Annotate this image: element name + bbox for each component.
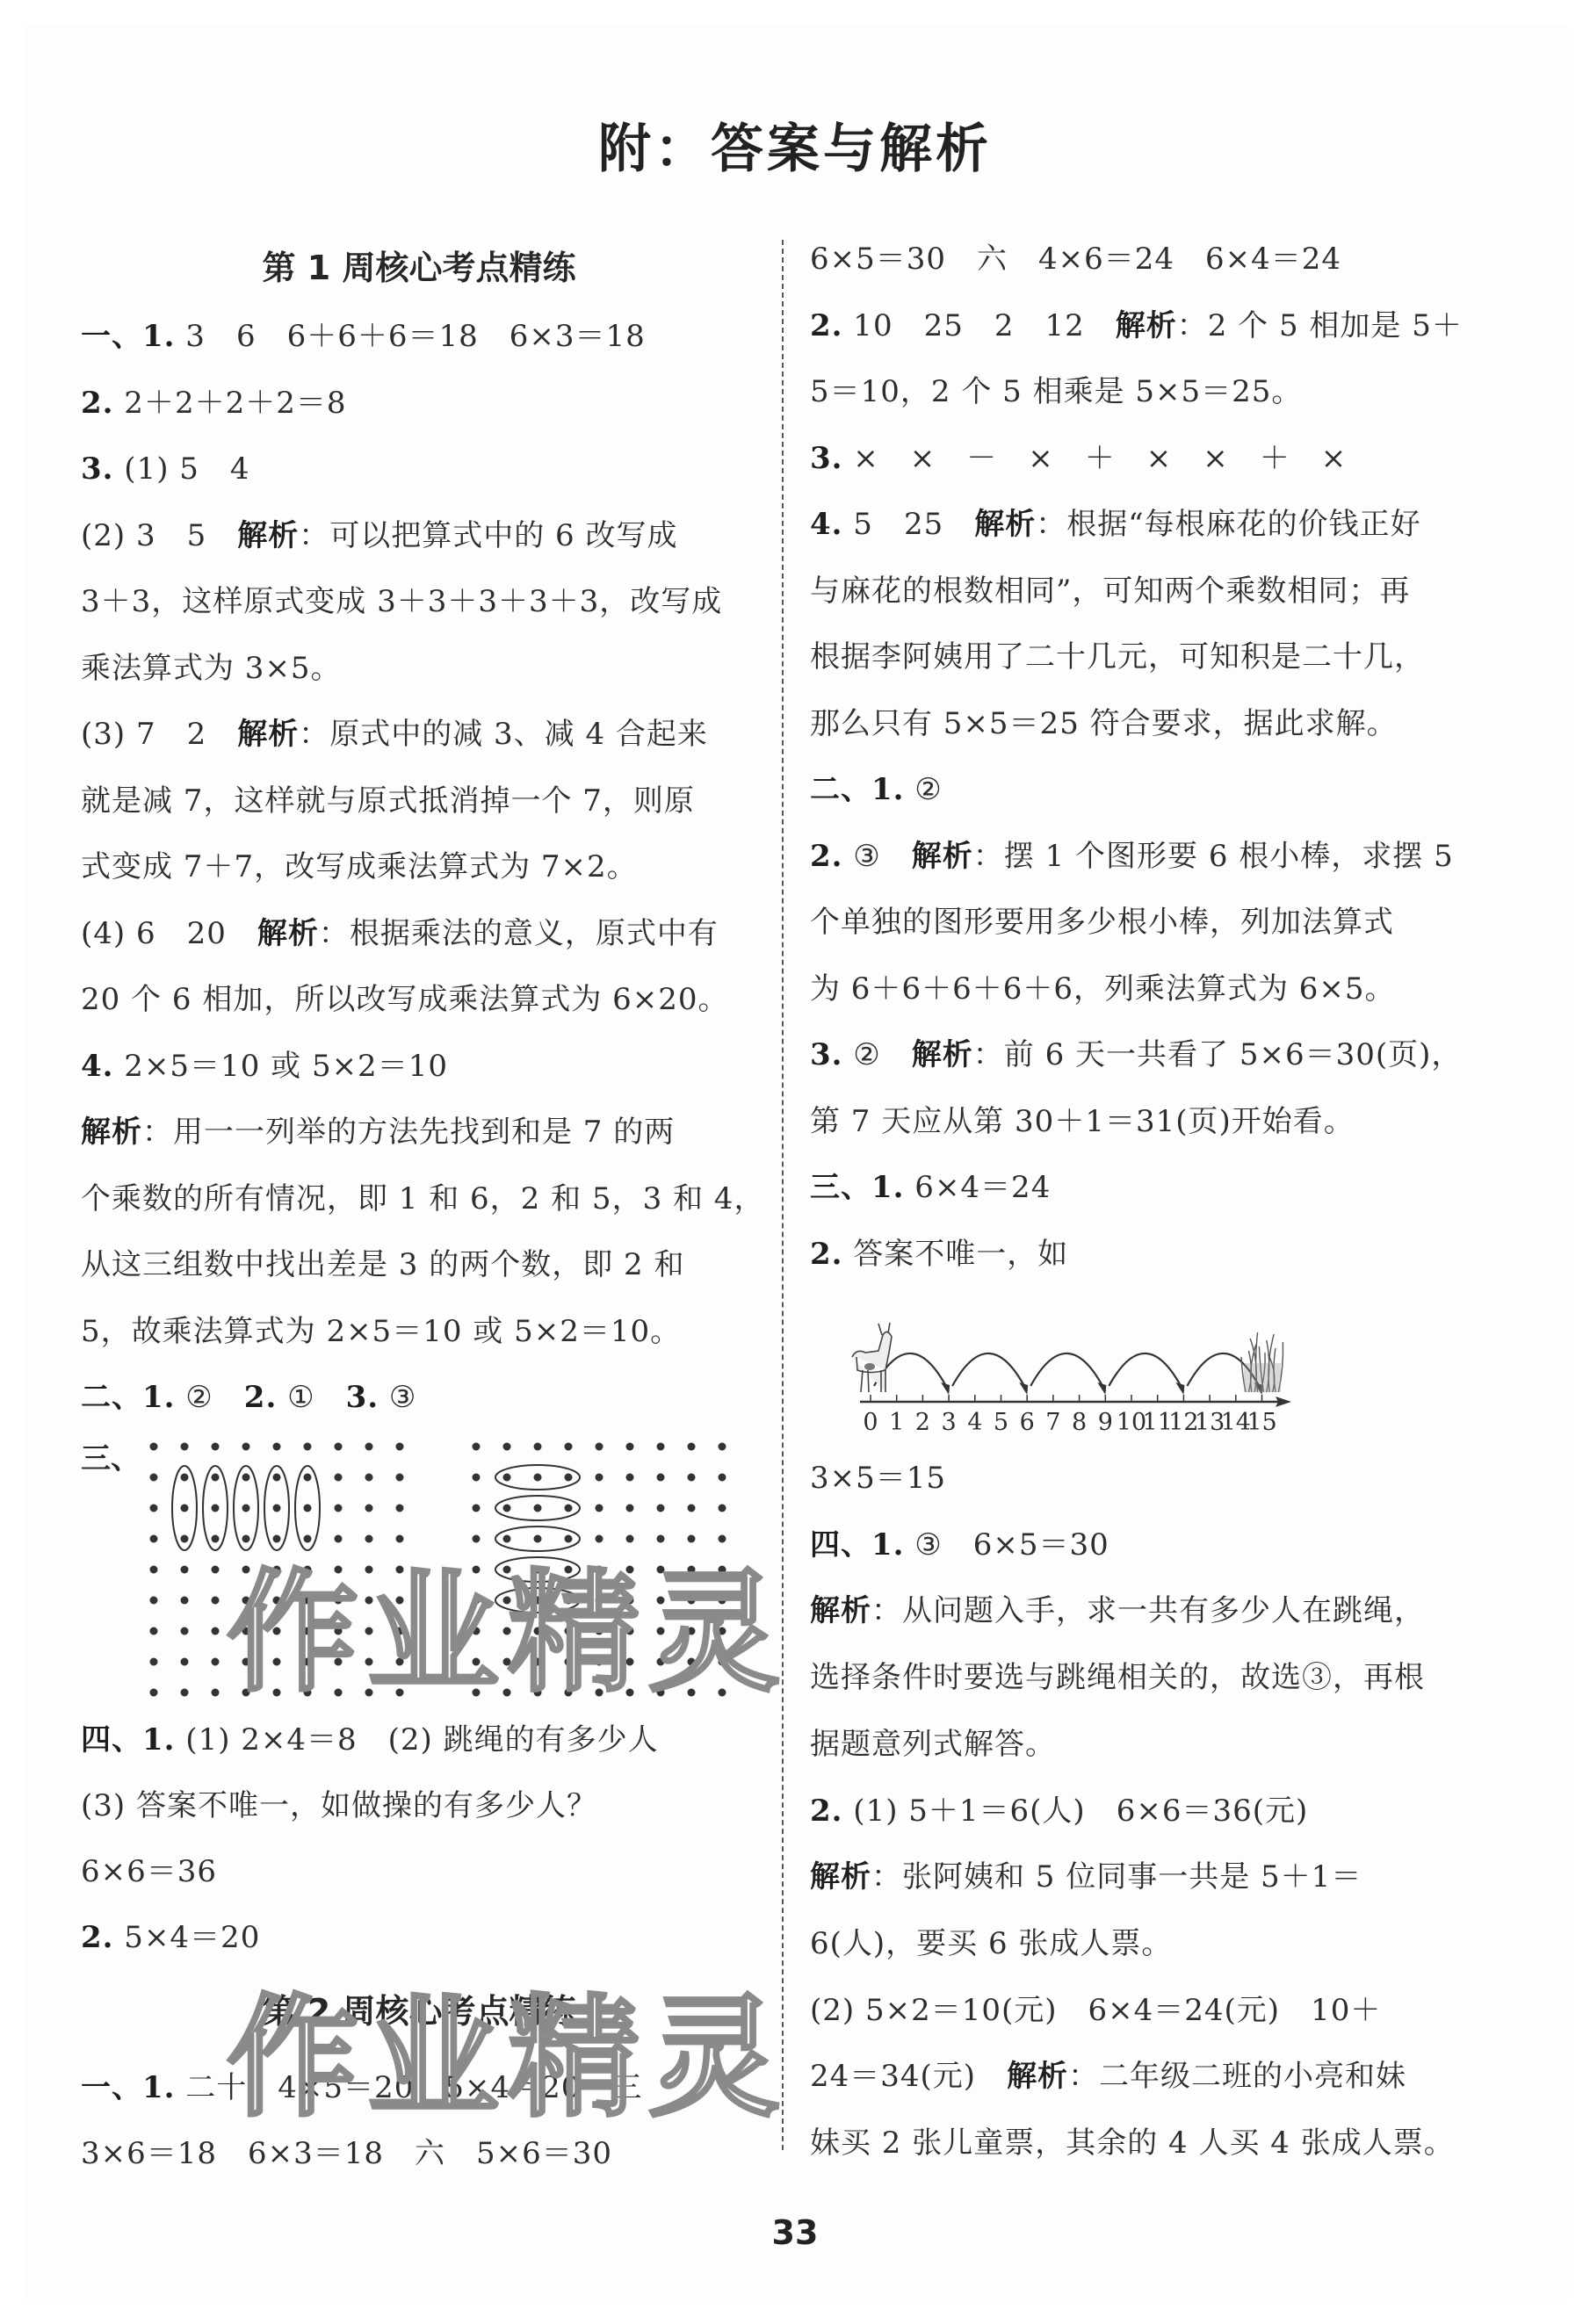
- tick-label: 7: [1045, 1409, 1060, 1436]
- goat-icon: [852, 1323, 892, 1392]
- grass-icon: [1241, 1332, 1283, 1392]
- tick-label: 6: [1020, 1409, 1035, 1436]
- arrowhead-icon: [1019, 1382, 1028, 1395]
- tick-label: 1: [889, 1409, 904, 1436]
- tick-label: 5: [994, 1409, 1008, 1436]
- tick-label: 3: [942, 1409, 957, 1436]
- jump-arc: [1109, 1353, 1183, 1391]
- tick-label: 4: [967, 1409, 982, 1436]
- arrowhead-icon: [1175, 1382, 1184, 1395]
- arrowhead-icon: [941, 1382, 950, 1395]
- tick-label: 8: [1072, 1409, 1087, 1436]
- jump-arc: [1030, 1353, 1105, 1391]
- page-number: 33: [0, 2213, 1590, 2252]
- tick-label: 0: [863, 1409, 878, 1436]
- tick-label: 9: [1098, 1409, 1113, 1436]
- tick-label: 2: [915, 1409, 930, 1436]
- arrowhead-icon: [1097, 1382, 1106, 1395]
- watermark: 作业精灵: [227, 1952, 789, 2141]
- tick-label: 15: [1247, 1409, 1276, 1436]
- jump-arc: [952, 1353, 1027, 1391]
- watermark: 作业精灵: [227, 1526, 789, 1716]
